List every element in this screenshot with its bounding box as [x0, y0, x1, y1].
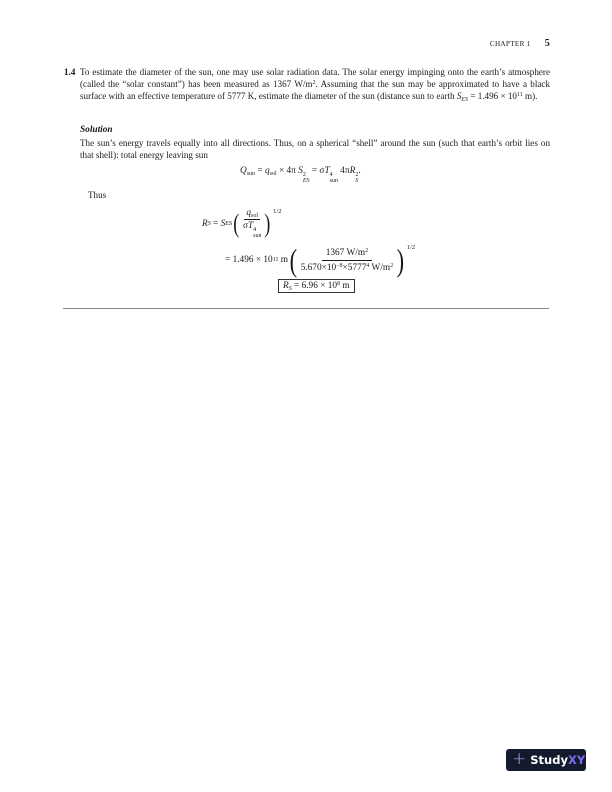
radius-formula: RS = SES ( qsol σT4sun ) 1/2 — [202, 208, 281, 239]
energy-balance-equation: Qsun = qsol × 4π S2ES = σT4sun 4πR2S. — [240, 166, 361, 184]
solution-heading: Solution — [80, 125, 113, 135]
problem-number: 1.4 — [64, 66, 75, 78]
solution-text: The sun’s energy travels equally into al… — [80, 137, 550, 161]
section-divider — [63, 308, 549, 309]
thus-label: Thus — [88, 190, 106, 200]
brand-logo: StudyXY — [530, 753, 585, 767]
page-number: 5 — [545, 38, 550, 49]
final-answer-box: RS = 6.96 × 108 m — [278, 279, 355, 293]
plus-icon: + — [512, 751, 526, 768]
page-header: CHAPTER 1 5 — [490, 38, 550, 49]
chapter-label: CHAPTER 1 — [490, 40, 531, 48]
problem-statement: 1.4 To estimate the diameter of the sun,… — [64, 66, 550, 103]
studyxy-badge[interactable]: + StudyXY — [506, 749, 586, 771]
radius-substitution: = 1.496 × 1011 m ( 1367 W/m2 5.670×10−8×… — [225, 244, 415, 276]
problem-text: To estimate the diameter of the sun, one… — [80, 66, 550, 103]
